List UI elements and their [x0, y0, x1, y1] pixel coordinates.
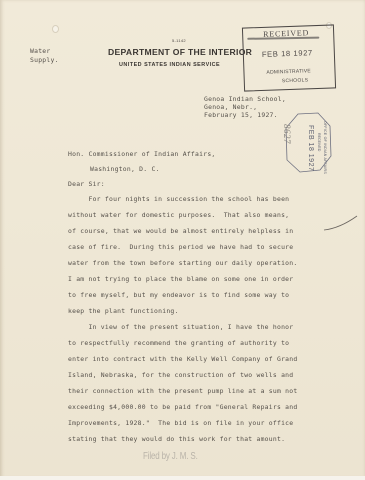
- body-line: water from the town before starting our …: [68, 259, 297, 267]
- body-line: stating that they would do this work for…: [68, 435, 285, 443]
- body-line: to free myself, but my endeavor is to fi…: [68, 291, 289, 299]
- body-line: case of fire. During this period we have…: [68, 243, 293, 251]
- handwritten-file-number: 8627: [278, 124, 279, 125]
- page-bottom-edge: [0, 476, 365, 480]
- recipient-line-1: Hon. Commissioner of Indian Affairs,: [68, 150, 216, 158]
- body-line: exceeding $4,000.00 to be paid from "Gen…: [68, 403, 297, 411]
- form-number: 5-1142: [172, 38, 186, 43]
- oia-stamp-line-2: RECEIVED: [317, 133, 321, 151]
- body-line: without water for domestic purposes. Tha…: [68, 211, 289, 219]
- body-line: For four nights in succession the school…: [68, 195, 289, 203]
- recipient-line-2: Washington, D. C.: [90, 165, 160, 173]
- letterhead-service: UNITED STATES INDIAN SERVICE: [119, 62, 220, 68]
- body-line: keep the plant functioning.: [68, 307, 179, 315]
- oia-stamp-line-1: OFFICE OF INDIAN AFFAIRS: [323, 121, 327, 174]
- letter-page: Water Supply. 5-1142 DEPARTMENT OF THE I…: [0, 0, 365, 480]
- pencil-mark-icon: [323, 214, 359, 232]
- body-line: I am not trying to place the blame on so…: [68, 275, 293, 283]
- salutation: Dear Sir:: [68, 180, 105, 188]
- sender-address-line-1: Genoa Indian School,: [204, 95, 286, 103]
- oia-stamp-date: FEB 18 1927: [307, 125, 314, 171]
- margin-note-line-2: Supply.: [30, 56, 59, 64]
- body-line: In view of the present situation, I have…: [68, 323, 293, 331]
- letter-date: February 15, 1927.: [204, 111, 278, 119]
- letterhead-department: DEPARTMENT OF THE INTERIOR: [108, 47, 252, 57]
- margin-note-line-1: Water: [30, 47, 51, 55]
- body-line: enter into contract with the Kelly Well …: [68, 355, 297, 363]
- body-line: Island, Nebraska, for the construction o…: [68, 371, 293, 379]
- sender-address-line-2: Genoa, Nebr.,: [204, 103, 257, 111]
- received-stamp-line-2: SCHOOLS: [282, 77, 309, 84]
- handwritten-file-number-text: 8627: [282, 124, 292, 144]
- body-line: Improvements, 1928." The bid is on file …: [68, 419, 293, 427]
- body-line: of course, that we would be almost entir…: [68, 227, 293, 235]
- body-line: their connection with the present pump l…: [68, 387, 297, 395]
- received-stamp-date: FEB 18 1927: [262, 48, 313, 59]
- received-stamp-title: RECEIVED: [263, 28, 309, 39]
- body-line: to respectfully recommend the granting o…: [68, 339, 289, 347]
- received-stamp-line-1: ADMINISTRATIVE: [266, 68, 311, 76]
- punch-hole-mark: [52, 25, 59, 33]
- filed-by-stamp: Filed by J. M. S.: [143, 451, 198, 462]
- received-stamp: RECEIVED FEB 18 1927 ADMINISTRATIVE SCHO…: [242, 24, 336, 91]
